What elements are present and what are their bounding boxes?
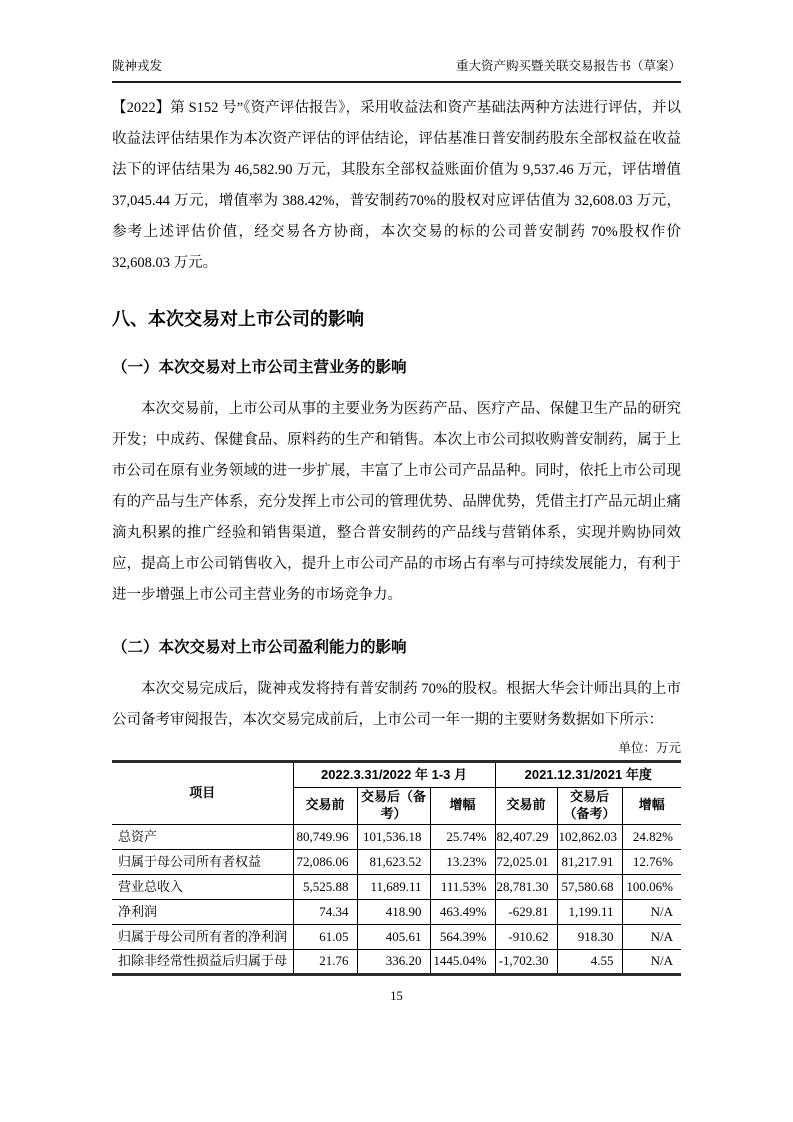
table-cell: 463.49% [430,899,495,924]
row-label: 营业总收入 [112,874,293,899]
subsection-heading-2: （二）本次交易对上市公司盈利能力的影响 [112,637,681,658]
report-page: 陇神戎发 重大资产购买暨关联交易报告书（草案） 【2022】第 S152 号”《… [0,0,793,1122]
section-heading-8: 八、本次交易对上市公司的影响 [112,307,681,331]
table-header-group-row: 项目 2022.3.31/2022 年 1-3 月 2021.12.31/202… [112,762,681,788]
column-group-2021: 2021.12.31/2021 年度 [495,762,681,788]
table-cell: 11,689.11 [357,874,430,899]
paragraph-valuation-result: 【2022】第 S152 号”《资产评估报告》，采用收益法和资产基础法两种方法进… [112,93,681,279]
table-cell: 72,086.06 [293,849,357,874]
table-cell: 100.06% [622,874,681,899]
table-row: 归属于母公司所有者的净利润 61.05 405.61 564.39% -910.… [112,924,681,949]
table-cell: 1,199.11 [557,899,622,924]
table-cell: N/A [622,949,681,974]
column-header-change-2021: 增幅 [622,788,681,825]
table-cell: 28,781.30 [495,874,557,899]
column-group-2022: 2022.3.31/2022 年 1-3 月 [293,762,495,788]
table-cell: 1445.04% [430,949,495,974]
row-label: 总资产 [112,824,293,849]
table-cell: 12.76% [622,849,681,874]
table-cell: 5,525.88 [293,874,357,899]
table-cell: 918.30 [557,924,622,949]
subsection-heading-1: （一）本次交易对上市公司主营业务的影响 [112,357,681,378]
header-report-title: 重大资产购买暨关联交易报告书（草案） [456,56,681,74]
paragraph-profitability-impact: 本次交易完成后，陇神戎发将持有普安制药 70%的股权。根据大华会计师出具的上市公… [112,674,681,736]
table-cell: 24.82% [622,824,681,849]
page-number: 15 [112,989,681,1004]
table-cell: 405.61 [357,924,430,949]
table-cell: 418.90 [357,899,430,924]
table-cell: 111.53% [430,874,495,899]
running-header: 陇神戎发 重大资产购买暨关联交易报告书（草案） [112,56,681,83]
table-cell: 82,407.29 [495,824,557,849]
table-cell: 61.05 [293,924,357,949]
table-cell: -629.81 [495,899,557,924]
row-label: 归属于母公司所有者权益 [112,849,293,874]
table-cell: 101,536.18 [357,824,430,849]
table-row: 营业总收入 5,525.88 11,689.11 111.53% 28,781.… [112,874,681,899]
table-cell: 13.23% [430,849,495,874]
table-cell: 564.39% [430,924,495,949]
table-cell: 102,862.03 [557,824,622,849]
table-row: 总资产 80,749.96 101,536.18 25.74% 82,407.2… [112,824,681,849]
header-company-name: 陇神戎发 [112,56,162,74]
table-cell: 25.74% [430,824,495,849]
column-header-pre-2022: 交易前 [293,788,357,825]
table-row: 净利润 74.34 418.90 463.49% -629.81 1,199.1… [112,899,681,924]
table-cell: 72,025.01 [495,849,557,874]
table-cell: N/A [622,924,681,949]
column-header-post-2021: 交易后（备考） [557,788,622,825]
table-unit-label: 单位：万元 [112,740,681,757]
row-label: 净利润 [112,899,293,924]
table-cell: 336.20 [357,949,430,974]
table-cell: 74.34 [293,899,357,924]
table-cell: -1,702.30 [495,949,557,974]
table-cell: 81,217.91 [557,849,622,874]
table-cell: 57,580.68 [557,874,622,899]
row-label: 扣除非经常性损益后归属于母 [112,949,293,974]
table-cell: 81,623.52 [357,849,430,874]
column-header-item: 项目 [112,762,293,825]
table-cell: 21.76 [293,949,357,974]
table-row: 归属于母公司所有者权益 72,086.06 81,623.52 13.23% 7… [112,849,681,874]
table-row: 扣除非经常性损益后归属于母 21.76 336.20 1445.04% -1,7… [112,949,681,974]
table-cell: 4.55 [557,949,622,974]
table-cell: N/A [622,899,681,924]
table-cell: 80,749.96 [293,824,357,849]
column-header-post-2022: 交易后（备考） [357,788,430,825]
financial-comparison-table: 项目 2022.3.31/2022 年 1-3 月 2021.12.31/202… [112,760,681,976]
column-header-change-2022: 增幅 [430,788,495,825]
column-header-pre-2021: 交易前 [495,788,557,825]
table-cell: -910.62 [495,924,557,949]
row-label: 归属于母公司所有者的净利润 [112,924,293,949]
paragraph-main-business-impact: 本次交易前，上市公司从事的主要业务为医药产品、医疗产品、保健卫生产品的研究开发；… [112,394,681,611]
